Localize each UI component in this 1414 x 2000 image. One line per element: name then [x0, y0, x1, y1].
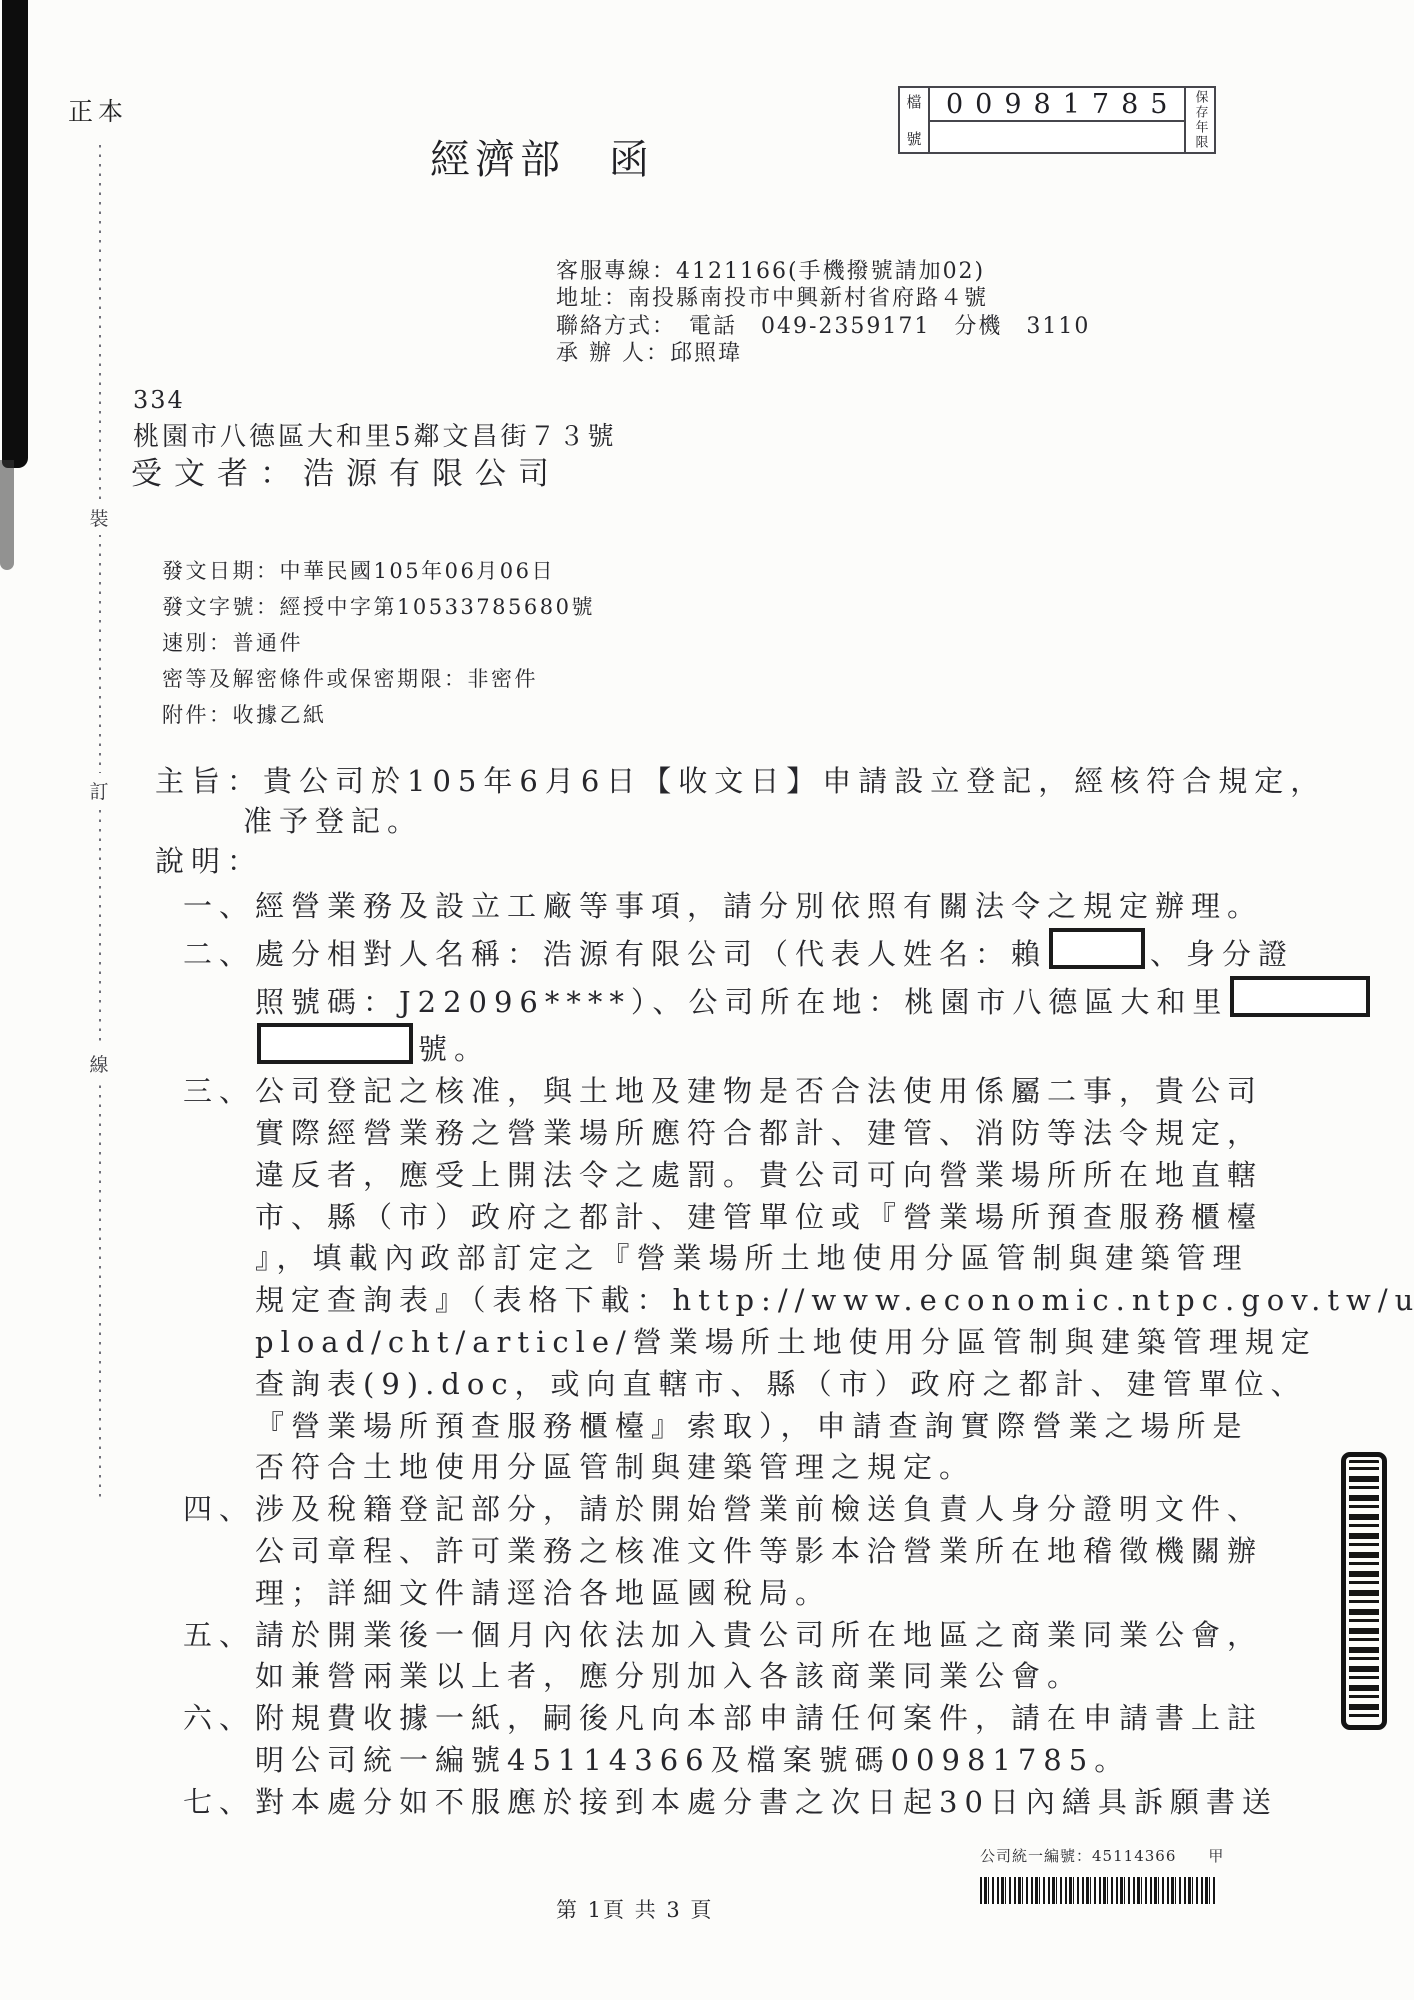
file-number-box-label: 檔 號 [900, 88, 930, 152]
file-number-empty-row [930, 122, 1184, 152]
body-line: 六、附規費收據一紙，嗣後凡向本部申請任何案件，請在申請書上註 [183, 1698, 1414, 1740]
document-meta-block: 發文日期：中華民國105年06月06日發文字號：經授中字第10533785680… [162, 554, 595, 734]
body-line: 違反者，應受上開法令之處罰。貴公司可向營業場所所在地直轄 [183, 1155, 1414, 1197]
uniform-number-value: 45114366 [1092, 1847, 1176, 1865]
barcode [980, 1877, 1218, 1904]
uniform-number-line: 公司統一編號：45114366甲 [980, 1845, 1224, 1866]
text-line: 地址：南投縣南投市中興新村省府路４號 [556, 285, 1090, 312]
text-line: 聯絡方式： 電話 049-2359171 分機 3110 [556, 313, 1090, 340]
body-line: 查詢表(9).doc，或向直轄市、縣（市）政府之都計、建管單位、 [183, 1364, 1414, 1406]
document-type: 函 [609, 137, 654, 183]
body-line: 如兼營兩業以上者，應分別加入各該商業同業公會。 [183, 1656, 1414, 1698]
body-line: 實際經營業務之營業場所應符合都計、建管、消防等法令規定， [183, 1113, 1414, 1155]
body-line: 理；詳細文件請逕洽各地區國稅局。 [183, 1573, 1414, 1615]
body-line: 市、縣（市）政府之都計、建管單位或『營業場所預查服務櫃檯 [183, 1197, 1414, 1239]
redaction-box [1230, 976, 1370, 1017]
item-number-label: 三、 [183, 1074, 255, 1108]
binding-dotted-line [99, 145, 101, 1497]
retention-period-label: 保存年限 [1184, 88, 1214, 152]
item-number-label: 七、 [183, 1785, 255, 1819]
uniform-number-label: 公司統一編號： [980, 1847, 1092, 1865]
body-line: 公司章程、許可業務之核准文件等影本洽營業所在地稽徵機關辦 [183, 1531, 1414, 1573]
item-number-label: 四、 [183, 1492, 255, 1526]
scanned-letter-page: 裝 訂 線 正本 檔 號 00981785 保存年限 經濟部函 客服專線：412… [0, 0, 1414, 2000]
text-line: 密等及解密條件或保密期限：非密件 [162, 662, 595, 698]
scan-artifact-strip-faint [0, 460, 14, 570]
seal-stamp-icon [1341, 1452, 1387, 1730]
body-line: 照號碼：J22096****）、公司所在地：桃園市八德區大和里 [183, 976, 1414, 1024]
text-line: 發文日期：中華民國105年06月06日 [162, 554, 595, 590]
body-line: 否符合土地使用分區管制與建築管理之規定。 [183, 1447, 1414, 1489]
redaction-box [1049, 928, 1145, 969]
body-line: 明公司統一編號45114366及檔案號碼00981785。 [183, 1740, 1414, 1782]
file-number-value: 00981785 [930, 88, 1184, 122]
body-line: pload/cht/article/營業場所土地使用分區管制與建築管理規定 [183, 1322, 1414, 1364]
binding-mark-xian: 線 [86, 1046, 112, 1081]
explanation-label: 說明： [155, 841, 1326, 881]
text-line: 承 辦 人：邱照瑋 [556, 340, 1090, 367]
body-line: 』，填載內政部訂定之『營業場所土地使用分區管制與建築管理 [183, 1238, 1414, 1280]
page-number-info: 第 1頁 共 3 頁 [556, 1894, 713, 1924]
text-line: 客服專線：4121166(手機撥號請加02) [556, 258, 1090, 285]
item-number-label: 一、 [183, 889, 255, 923]
body-line: 五、請於開業後一個月內依法加入貴公司所在地區之商業同業公會， [183, 1615, 1414, 1657]
document-title: 經濟部函 [430, 128, 654, 185]
item-number-label: 二、 [183, 937, 255, 971]
item-number-label: 五、 [183, 1618, 255, 1652]
binding-mark-zhuang: 裝 [86, 500, 112, 535]
subject-label: 主旨： [155, 764, 263, 798]
file-number-box-main: 00981785 [930, 88, 1184, 152]
file-number-box: 檔 號 00981785 保存年限 [898, 86, 1216, 154]
class-mark: 甲 [1208, 1847, 1224, 1865]
body-line: 號。 [183, 1023, 1414, 1071]
body-line: 一、經營業務及設立工廠等事項，請分別依照有關法令之規定辦理。 [183, 886, 1414, 928]
postal-code: 334 [133, 386, 185, 414]
subject-text: 貴公司於105年6月6日【收文日】申請設立登記，經核符合規定， [263, 764, 1326, 798]
copy-type-label: 正本 [68, 92, 128, 128]
body-line: 七、對本處分如不服應於接到本處分書之次日起30日內繕具訴願書送 [183, 1782, 1414, 1824]
item-number-label: 六、 [183, 1701, 255, 1735]
scan-artifact-strip [2, 0, 28, 468]
subject-line-1: 主旨：貴公司於105年6月6日【收文日】申請設立登記，經核符合規定， [155, 761, 1326, 801]
text-line: 速別：普通件 [162, 626, 595, 662]
body-line: 『營業場所預查服務櫃檯』索取），申請查詢實際營業之場所是 [183, 1406, 1414, 1448]
file-label-top: 檔 [906, 91, 921, 112]
text-line: 發文字號：經授中字第10533785680號 [162, 590, 595, 626]
body-item-list: 一、經營業務及設立工廠等事項，請分別依照有關法令之規定辦理。二、處分相對人名稱：… [183, 886, 1414, 1824]
contact-info-block: 客服專線：4121166(手機撥號請加02)地址：南投縣南投市中興新村省府路４號… [556, 258, 1090, 368]
body-line: 二、處分相對人名稱：浩源有限公司（代表人姓名：賴、身分證 [183, 928, 1414, 976]
body-line: 四、涉及稅籍登記部分，請於開始營業前檢送負責人身分證明文件、 [183, 1489, 1414, 1531]
recipient-line: 受文者：浩源有限公司 [131, 448, 561, 493]
text-line: 附件：收據乙紙 [162, 698, 595, 734]
body-line: 三、公司登記之核准，與土地及建物是否合法使用係屬二事，貴公司 [183, 1071, 1414, 1113]
subject-block: 主旨：貴公司於105年6月6日【收文日】申請設立登記，經核符合規定， 准予登記。… [155, 761, 1326, 881]
issuing-agency: 經濟部 [430, 137, 565, 183]
binding-mark-ding: 訂 [86, 773, 112, 808]
file-label-bottom: 號 [906, 128, 921, 149]
body-line: 規定查詢表』（表格下載：http://www.economic.ntpc.gov… [183, 1280, 1414, 1322]
redaction-box [257, 1023, 413, 1064]
subject-line-2: 准予登記。 [155, 801, 1326, 841]
